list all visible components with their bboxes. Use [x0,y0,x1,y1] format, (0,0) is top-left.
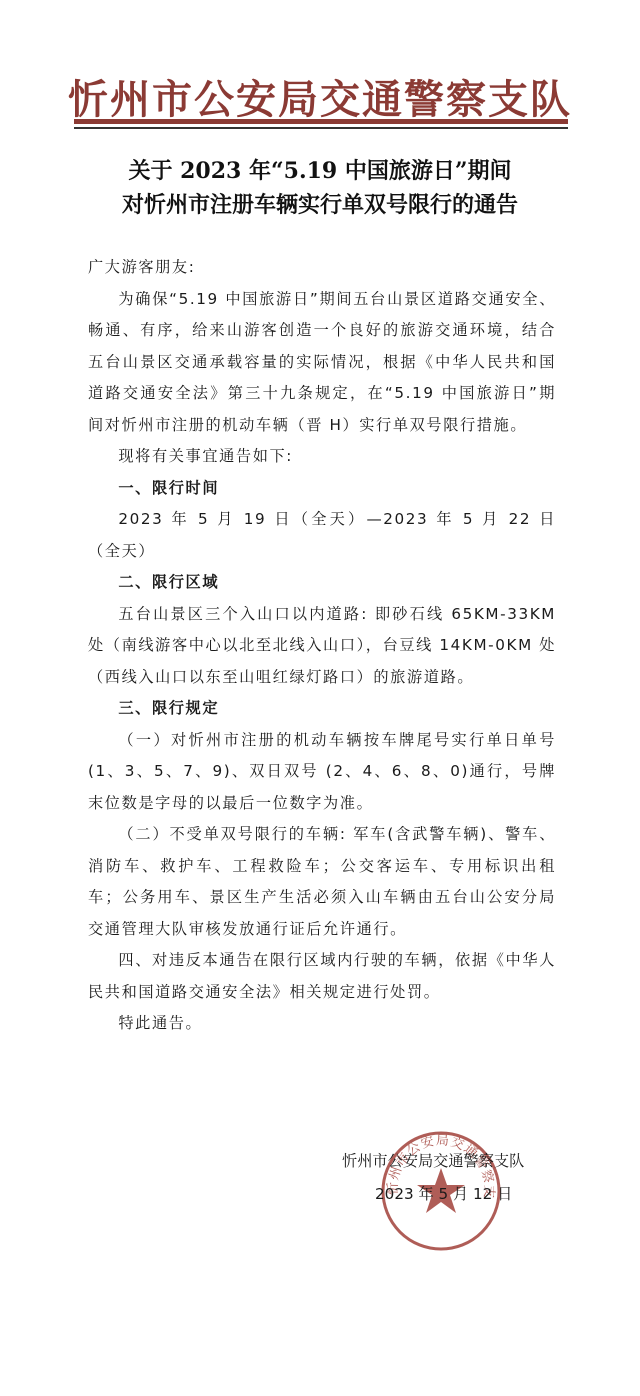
notice-body: 广大游客朋友: 为确保“5.19 中国旅游日”期间五台山景区道路交通安全、畅通、… [88,252,556,1040]
letterhead-rule-thin [74,127,568,129]
signature-date: 2023 年 5 月 12 日 [375,1183,512,1204]
letterhead-organization: 忻州市公安局交通警察支队 [0,68,640,125]
announce-paragraph: 现将有关事宜通告如下: [88,441,556,473]
signature-organization: 忻州市公安局交通警察支队 [342,1150,524,1171]
letterhead-rule-thick [74,119,568,124]
item-four-paragraph: 四、对违反本通告在限行区域内行驶的车辆，依据《中华人民共和国道路交通安全法》相关… [88,945,556,1008]
title-line-2: 对忻州市注册车辆实行单双号限行的通告 [0,188,640,219]
salutation: 广大游客朋友: [88,252,556,284]
section-time-paragraph: 2023 年 5 月 19 日（全天）—2023 年 5 月 22 日（全天） [88,504,556,567]
intro-paragraph: 为确保“5.19 中国旅游日”期间五台山景区道路交通安全、畅通、有序，给来山游客… [88,284,556,442]
section-heading-area: 二、限行区域 [88,567,556,599]
section-rules-paragraph-1: （一）对忻州市注册的机动车辆按车牌尾号实行单日单号 (1、3、5、7、9)、双日… [88,725,556,820]
section-heading-rules: 三、限行规定 [88,693,556,725]
section-heading-time: 一、限行时间 [88,473,556,505]
title-line-1: 关于 2023 年“5.19 中国旅游日”期间 [0,154,640,185]
section-area-paragraph: 五台山景区三个入山口以内道路: 即砂石线 65KM-33KM 处（南线游客中心以… [88,599,556,694]
section-rules-paragraph-2: （二）不受单双号限行的车辆: 军车(含武警车辆)、警车、消防车、救护车、工程救险… [88,819,556,945]
closing-paragraph: 特此通告。 [88,1008,556,1040]
